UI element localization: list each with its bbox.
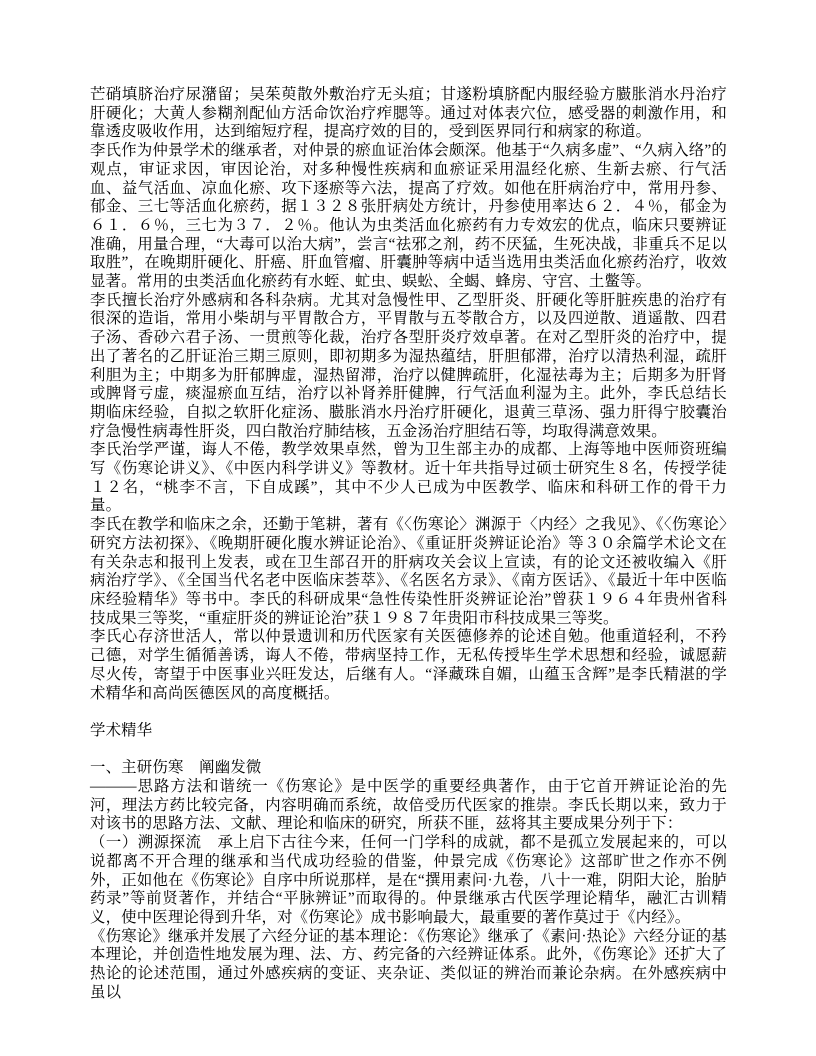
body-paragraph-2: 李氏作为仲景学术的继承者，对仲景的瘀血证治体会颇深。他基于“久病多虚”、“久病入…	[90, 142, 727, 292]
section-heading: 学术精华	[90, 722, 727, 741]
body-paragraph-6: 李氏心存济世活人，常以仲景遗训和历代医家有关医德修养的论述自勉。他重道轻利，不矜…	[90, 628, 727, 703]
section-paragraph-3: 《伤寒论》继承并发展了六经分证的基本理论：《伤寒论》继承了《素问·热论》六经分证…	[90, 928, 727, 1003]
body-paragraph-1: 芒硝填脐治疗尿潴留；吴茱萸散外敷治疗无头疽；甘遂粉填脐配内服经验方臌胀消水丹治疗…	[90, 86, 727, 142]
body-paragraph-5: 李氏在教学和临床之余，还勤于笔耕，著有《〈伤寒论〉渊源于〈内经〉之我见》、《〈伤…	[90, 516, 727, 628]
subsection-heading: 一、主研伤寒 阐幽发微	[90, 759, 727, 778]
section-paragraph-2: （一）溯源探流 承上启下古往今来，任何一门学科的成就，都不是孤立发展起来的，可以…	[90, 834, 727, 928]
body-paragraph-4: 李氏治学严谨，诲人不倦，教学效果卓然，曾为卫生部主办的成都、上海等地中医师资班编…	[90, 441, 727, 516]
body-paragraph-3: 李氏擅长治疗外感病和各科杂病。尤其对急慢性甲、乙型肝炎、肝硬化等肝脏疾患的治疗有…	[90, 292, 727, 442]
document-page: 芒硝填脐治疗尿潴留；吴茱萸散外敷治疗无头疽；甘遂粉填脐配内服经验方臌胀消水丹治疗…	[90, 86, 727, 1002]
section-paragraph-1: ———思路方法和谐统一《伤寒论》是中医学的重要经典著作，由于它首开辨证论治的先河…	[90, 778, 727, 834]
